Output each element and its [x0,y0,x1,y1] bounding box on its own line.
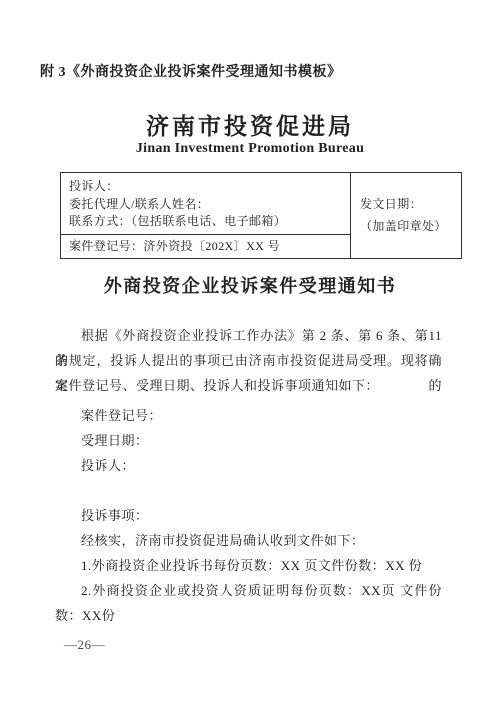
body-line: 案件登记号： [55,403,442,428]
complainant-info-cell: 投诉人： 委托代理人/联系人姓名： 联系方式：（包括联系电话、电子邮箱） [61,173,351,235]
issue-date-seal-cell: 发文日期： （加盖印章处） [351,173,462,259]
agent-label: 委托代理人/联系人姓名： [69,196,346,214]
body-line: 经核实，济南市投资促进局确认收到文件如下： [55,528,442,553]
attachment-note: 附 3《外商投资企业投诉案件受理通知书模板》 [40,61,342,81]
notice-title: 外商投资企业投诉案件受理通知书 [0,272,500,298]
issue-date-label: 发文日期： [360,193,459,215]
complainant-label: 投诉人： [69,178,346,196]
body-line: 2.外商投资企业或投资人资质证明每份页数：XX页 文件份 [55,578,442,603]
case-info-table: 投诉人： 委托代理人/联系人姓名： 联系方式：（包括联系电话、电子邮箱） 发文日… [60,172,462,259]
bureau-name-chinese: 济南市投资促进局 [0,108,500,141]
body-lines: 根据《外商投资企业投诉工作办法》第 2 条、第 6 条、第11 条的规定，投诉人… [55,323,442,628]
body-line: 数：XX份 [55,603,442,628]
body-line: 投诉事项： [55,503,442,528]
body-blank-line [55,478,442,503]
contact-label: 联系方式：（包括联系电话、电子邮箱） [69,213,346,231]
case-number-cell: 案件登记号：济外资投〔202X〕XX 号 [61,234,351,258]
document-page: 附 3《外商投资企业投诉案件受理通知书模板》 济南市投资促进局 Jinan In… [0,0,500,708]
bureau-name-english: Jinan Investment Promotion Bureau [0,141,500,157]
table-row: 投诉人： 委托代理人/联系人姓名： 联系方式：（包括联系电话、电子邮箱） 发文日… [61,173,462,235]
body-line: 投诉人： [55,453,442,478]
body-line: 的规定，投诉人提出的事项已由济南市投资促进局受理。现将确定的 [55,348,442,373]
body-line: 1.外商投资企业投诉书每份页数：XX 页文件份数：XX 份 [55,553,442,578]
footer-page-number: —26— [64,637,105,653]
body-line: 受理日期： [55,428,442,453]
seal-placeholder-label: （加盖印章处） [360,215,459,237]
body-line: 根据《外商投资企业投诉工作办法》第 2 条、第 6 条、第11 条 [55,323,442,348]
